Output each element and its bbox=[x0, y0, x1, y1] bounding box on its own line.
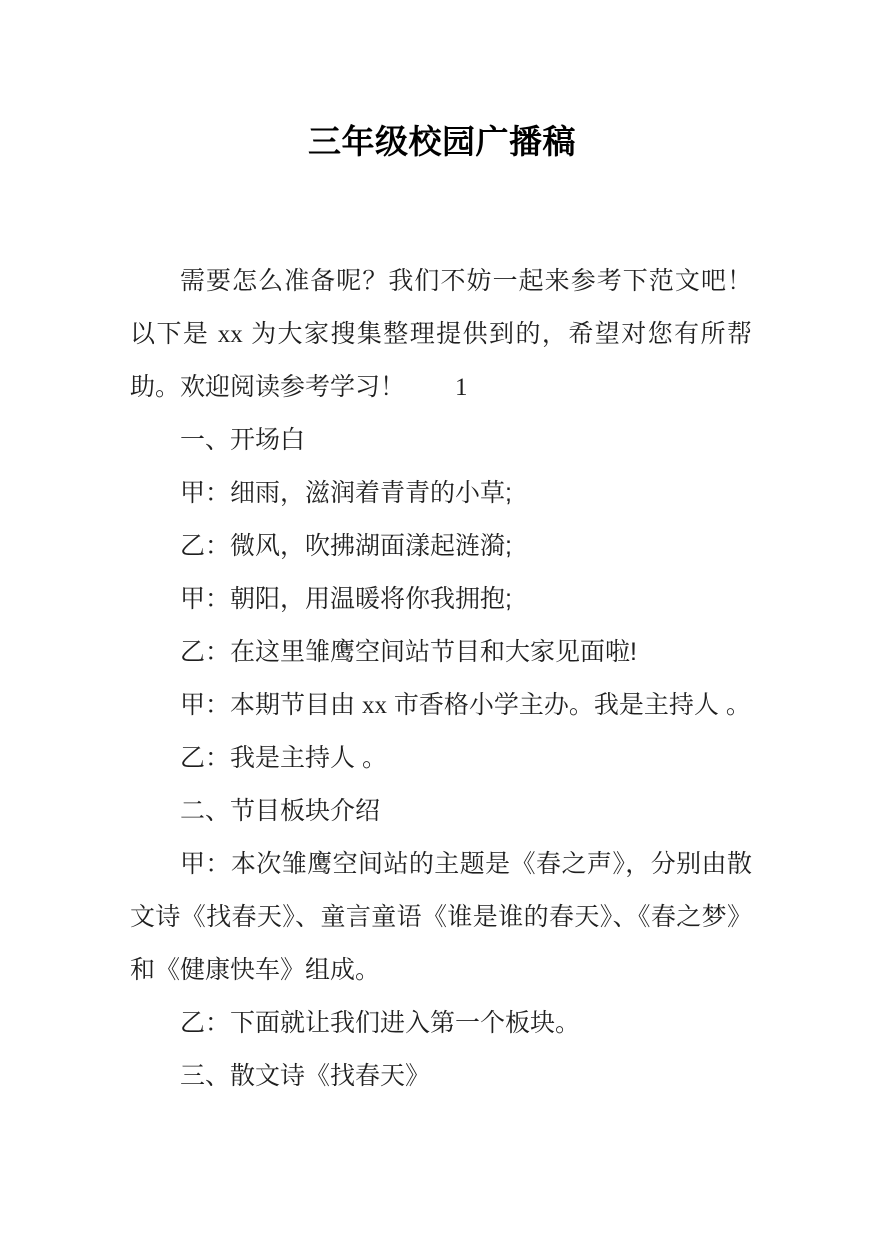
paragraph: 需要怎么准备呢？我们不妨一起来参考下范文吧！以下是 xx 为大家搜集整理提供到的… bbox=[130, 255, 752, 414]
document-title: 三年级校园广播稿 bbox=[0, 0, 884, 162]
paragraph: 甲：朝阳，用温暖将你我拥抱; bbox=[130, 573, 752, 626]
paragraph: 乙：我是主持人 。 bbox=[130, 732, 752, 785]
document-page: 三年级校园广播稿 需要怎么准备呢？我们不妨一起来参考下范文吧！以下是 xx 为大… bbox=[0, 0, 884, 1250]
paragraph: 二、节目板块介绍 bbox=[130, 785, 752, 838]
paragraph: 乙：微风，吹拂湖面漾起涟漪; bbox=[130, 520, 752, 573]
paragraph: 甲：本次雏鹰空间站的主题是《春之声》，分别由散文诗《找春天》、童言童语《谁是谁的… bbox=[130, 838, 752, 997]
paragraph: 甲：本期节目由 xx 市香格小学主办。我是主持人 。 bbox=[130, 679, 752, 732]
paragraph: 甲：细雨，滋润着青青的小草; bbox=[130, 467, 752, 520]
document-body: 需要怎么准备呢？我们不妨一起来参考下范文吧！以下是 xx 为大家搜集整理提供到的… bbox=[130, 255, 752, 1103]
paragraph: 一、开场白 bbox=[130, 414, 752, 467]
paragraph: 三、散文诗《找春天》 bbox=[130, 1050, 752, 1103]
paragraph: 乙：在这里雏鹰空间站节目和大家见面啦! bbox=[130, 626, 752, 679]
paragraph: 乙：下面就让我们进入第一个板块。 bbox=[130, 997, 752, 1050]
